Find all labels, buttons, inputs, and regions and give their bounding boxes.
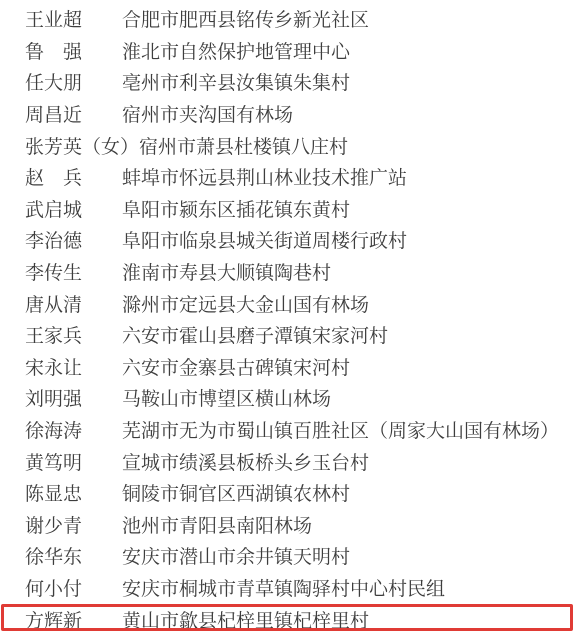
person-name: 黄笃明 (25, 448, 122, 475)
list-item: 赵 兵 蚌埠市怀远县荆山林业技术推广站 (0, 161, 578, 193)
list-item: 宋永让 六安市金寨县古碑镇宋河村 (0, 351, 578, 383)
list-item: 王业超 合肥市肥西县铭传乡新光社区 (0, 3, 578, 35)
affiliation-text: 宣城市绩溪县板桥头乡玉台村 (122, 448, 369, 475)
affiliation-text: 阜阳市颍东区插花镇东黄村 (122, 195, 350, 222)
person-name: 谢少青 (25, 511, 122, 538)
affiliation-text: 淮北市自然保护地管理中心 (122, 37, 350, 64)
affiliation-text: 安庆市桐城市青草镇陶驿村中心村民组 (122, 574, 445, 601)
person-name: 徐海涛 (25, 416, 122, 443)
affiliation-text: 滁州市定远县大金山国有林场 (122, 290, 369, 317)
list-item: 武启城 阜阳市颍东区插花镇东黄村 (0, 193, 578, 225)
list-item: 任大朋 亳州市利辛县汝集镇朱集村 (0, 66, 578, 98)
affiliation-text: 宿州市萧县杜楼镇八庄村 (139, 132, 348, 159)
person-name: 徐华东 (25, 542, 122, 569)
list-item: 刘明强 马鞍山市博望区横山林场 (0, 382, 578, 414)
affiliation-text: 阜阳市临泉县城关街道周楼行政村 (122, 226, 407, 253)
person-name: 李传生 (25, 258, 122, 285)
affiliation-text: 池州市青阳县南阳林场 (122, 511, 312, 538)
affiliation-text: 淮南市寿县大顺镇陶巷村 (122, 258, 331, 285)
affiliation-text: 六安市霍山县磨子潭镇宋家河村 (122, 321, 388, 348)
affiliation-text: 亳州市利辛县汝集镇朱集村 (122, 68, 350, 95)
affiliation-text: 芜湖市无为市蜀山镇百胜社区（周家大山国有林场） (122, 416, 559, 443)
person-name: 武启城 (25, 195, 122, 222)
person-name: 方辉新 (25, 606, 122, 633)
list-item: 唐从清 滁州市定远县大金山国有林场 (0, 287, 578, 319)
list-item: 王家兵 六安市霍山县磨子潭镇宋家河村 (0, 319, 578, 351)
person-name: 陈显忠 (25, 479, 122, 506)
person-name: 王家兵 (25, 321, 122, 348)
person-name: 赵 兵 (25, 163, 122, 190)
person-name: 周昌近 (25, 100, 122, 127)
affiliation-text: 黄山市歙县杞梓里镇杞梓里村 (122, 606, 369, 633)
person-name: 宋永让 (25, 353, 122, 380)
list-item: 方辉新 黄山市歙县杞梓里镇杞梓里村 (0, 603, 578, 635)
list-item: 陈显忠 铜陵市铜官区西湖镇农林村 (0, 477, 578, 509)
person-name: 李治德 (25, 226, 122, 253)
list-item: 李传生 淮南市寿县大顺镇陶巷村 (0, 256, 578, 288)
list-item: 何小付 安庆市桐城市青草镇陶驿村中心村民组 (0, 572, 578, 604)
list-item: 黄笃明 宣城市绩溪县板桥头乡玉台村 (0, 445, 578, 477)
list-item: 李治德 阜阳市临泉县城关街道周楼行政村 (0, 224, 578, 256)
affiliation-text: 马鞍山市博望区横山林场 (122, 384, 331, 411)
affiliation-text: 铜陵市铜官区西湖镇农林村 (122, 479, 350, 506)
person-name: 任大朋 (25, 68, 122, 95)
roster-list: 王业超 合肥市肥西县铭传乡新光社区 鲁 强 淮北市自然保护地管理中心 任大朋 亳… (0, 0, 578, 635)
person-name: 鲁 强 (25, 37, 122, 64)
person-name: 唐从清 (25, 290, 122, 317)
person-name: 张芳英（女） (25, 132, 139, 159)
list-item: 张芳英（女） 宿州市萧县杜楼镇八庄村 (0, 129, 578, 161)
list-item: 周昌近 宿州市夹沟国有林场 (0, 98, 578, 130)
list-item: 鲁 强 淮北市自然保护地管理中心 (0, 35, 578, 67)
affiliation-text: 蚌埠市怀远县荆山林业技术推广站 (122, 163, 407, 190)
person-name: 何小付 (25, 574, 122, 601)
affiliation-text: 宿州市夹沟国有林场 (122, 100, 293, 127)
affiliation-text: 六安市金寨县古碑镇宋河村 (122, 353, 350, 380)
list-item: 徐海涛 芜湖市无为市蜀山镇百胜社区（周家大山国有林场） (0, 414, 578, 446)
list-item: 徐华东 安庆市潜山市余井镇天明村 (0, 540, 578, 572)
list-item: 谢少青 池州市青阳县南阳林场 (0, 509, 578, 541)
person-name: 王业超 (25, 5, 122, 32)
affiliation-text: 安庆市潜山市余井镇天明村 (122, 542, 350, 569)
affiliation-text: 合肥市肥西县铭传乡新光社区 (122, 5, 369, 32)
person-name: 刘明强 (25, 384, 122, 411)
